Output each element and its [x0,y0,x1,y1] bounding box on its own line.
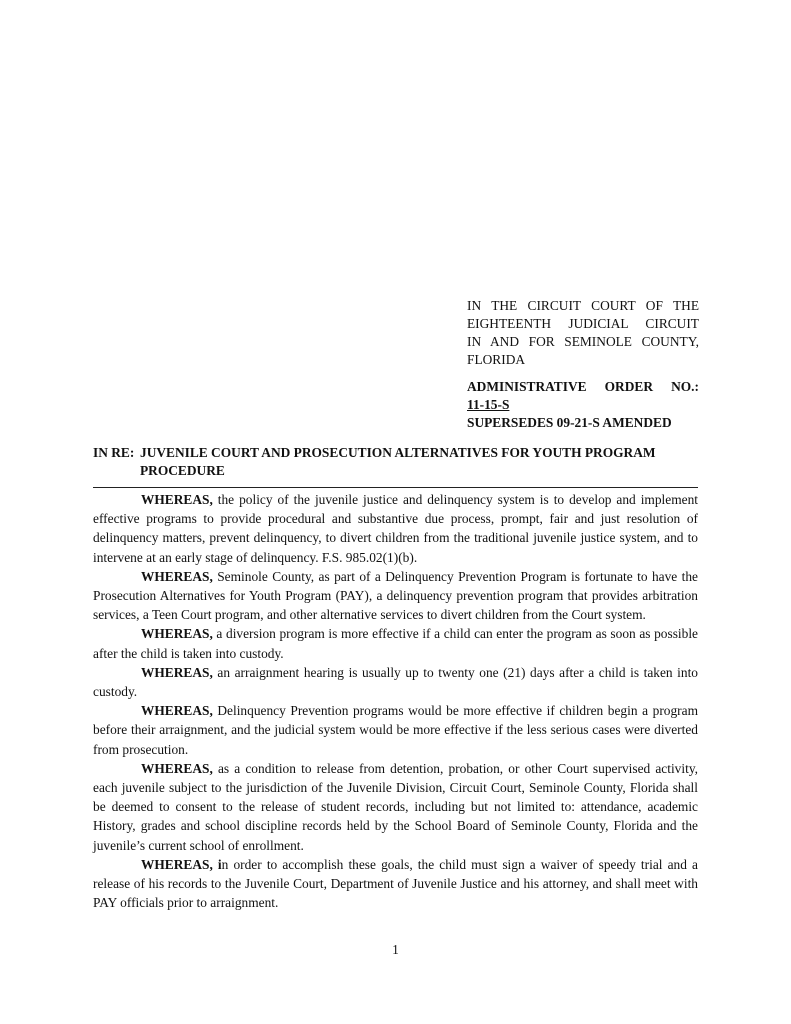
whereas-paragraph: WHEREAS, Delinquency Prevention programs… [93,701,698,759]
supersedes-note: SUPERSEDES 09-21-S AMENDED [467,414,699,432]
paragraph-lead: WHEREAS, [141,569,213,584]
paragraph-lead: WHEREAS, [141,665,213,680]
heading-divider [93,487,698,488]
court-caption: IN THE CIRCUIT COURT OF THE EIGHTEENTH J… [467,297,699,369]
whereas-paragraph: WHEREAS, the policy of the juvenile just… [93,490,698,567]
in-re-heading: IN RE: JUVENILE COURT AND PROSECUTION AL… [93,444,699,480]
paragraph-lead: WHEREAS, [141,626,213,641]
paragraph-lead: WHEREAS, i [141,857,222,872]
paragraph-lead: WHEREAS, [141,492,213,507]
whereas-paragraph: WHEREAS, as a condition to release from … [93,759,698,855]
order-label: ADMINISTRATIVE ORDER NO.: [467,378,699,396]
caption-line: FLORIDA [467,351,699,369]
caption-line: EIGHTEENTH JUDICIAL CIRCUIT [467,315,699,333]
whereas-paragraph: WHEREAS, Seminole County, as part of a D… [93,567,698,625]
page-number: 1 [0,942,791,958]
whereas-paragraph: WHEREAS, an arraignment hearing is usual… [93,663,698,701]
document-body: WHEREAS, the policy of the juvenile just… [93,490,698,912]
caption-line: IN THE CIRCUIT COURT OF THE [467,297,699,315]
whereas-paragraph: WHEREAS, a diversion program is more eff… [93,624,698,662]
in-re-label: IN RE: [93,444,134,462]
caption-line: IN AND FOR SEMINOLE COUNTY, [467,333,699,351]
order-number: 11-15-S [467,396,699,414]
whereas-paragraph: WHEREAS, in order to accomplish these go… [93,855,698,913]
administrative-order-block: ADMINISTRATIVE ORDER NO.: 11-15-S SUPERS… [467,378,699,432]
in-re-subject: JUVENILE COURT AND PROSECUTION ALTERNATI… [140,444,699,480]
paragraph-lead: WHEREAS, [141,761,213,776]
paragraph-lead: WHEREAS, [141,703,213,718]
